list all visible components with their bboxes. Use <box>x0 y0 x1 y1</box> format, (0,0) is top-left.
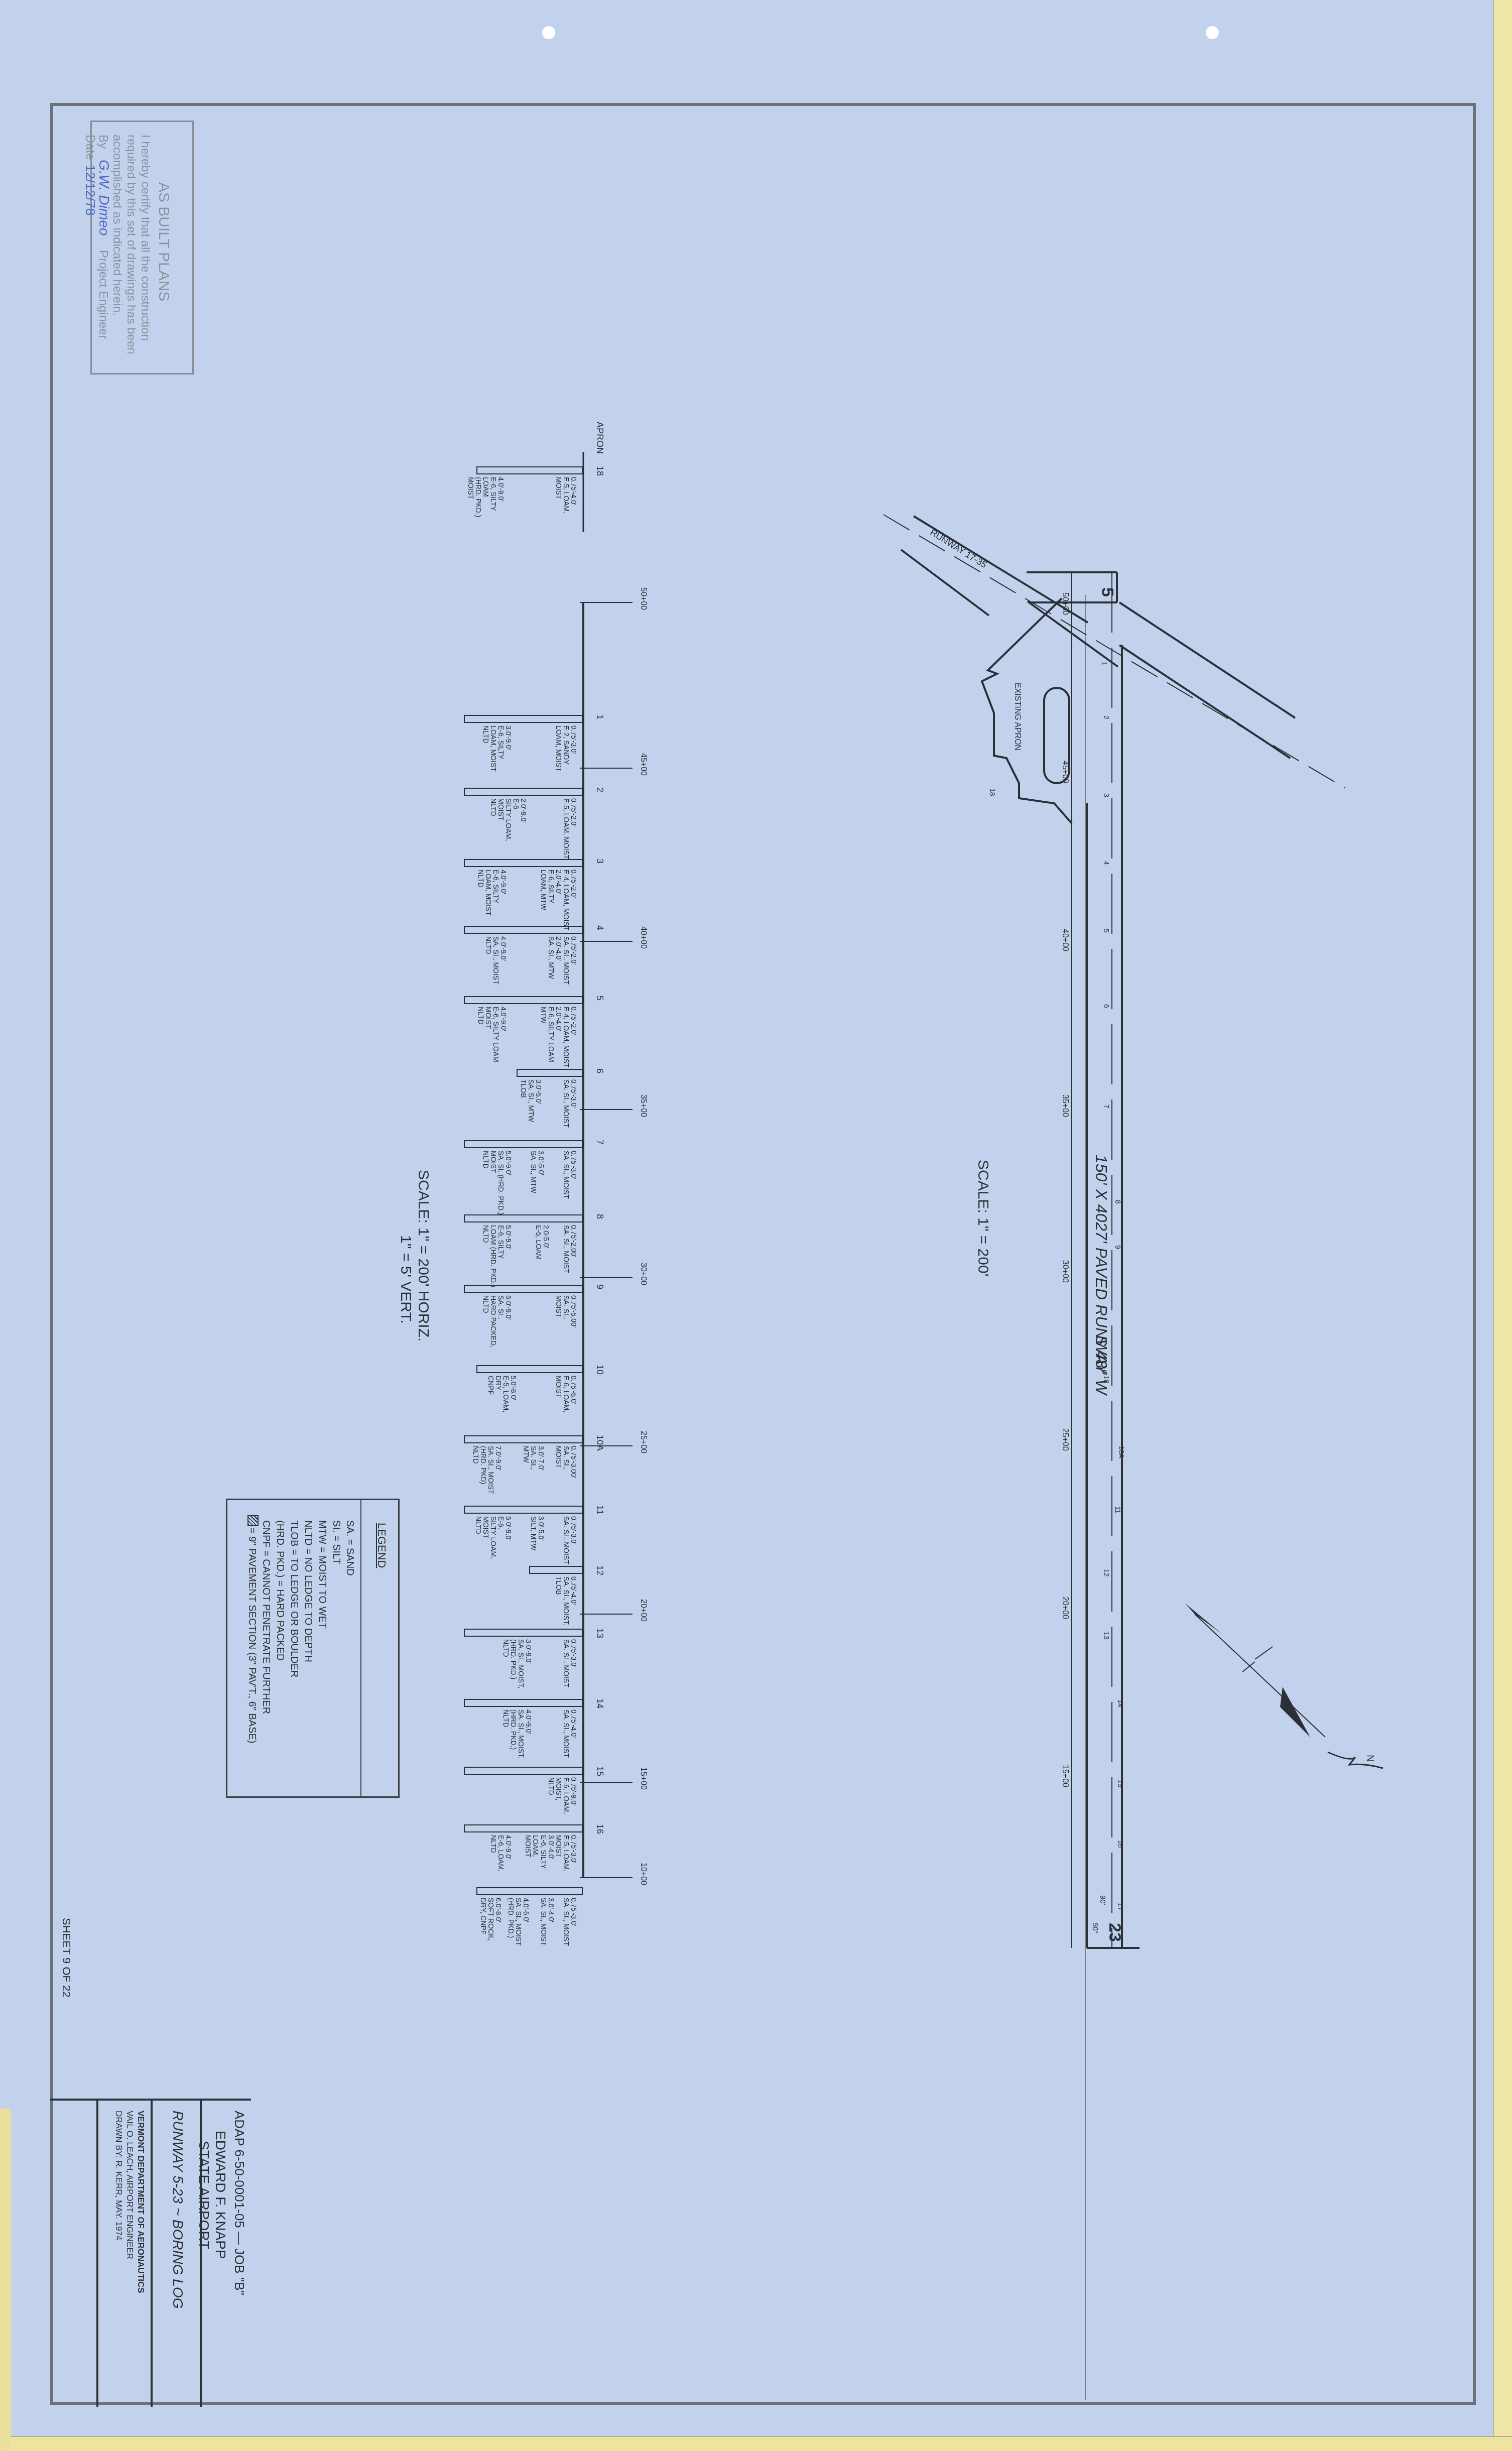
drawing-sheet: AS BUILT PLANS I hereby certify that all… <box>0 0 1512 2451</box>
boring-layer-text: 4.0'-6.0' SA. SI., MOIST (HRD. PKD.) <box>507 1898 530 1946</box>
boring-layer-text: 0.75'-2.0' E-5, LOAM, MOIST <box>562 798 577 859</box>
existing-apron-label: EXISTING APRON <box>1013 683 1022 751</box>
boring-layer-text: 5.0'-8.0' E-5, LOAM, DRY CNPF <box>487 1376 517 1412</box>
boring-layer-text: 4.0'-9.0' SA. SI., MOIST, (HRD. PKD.) NL… <box>502 1709 532 1759</box>
department-name: VERMONT DEPARTMENT OF AERONAUTICS <box>136 2111 146 2293</box>
boring-layer-text: 0.75'-4.0' E-5, LOAM, MOIST <box>555 477 577 514</box>
boring-layer-text: 0.75'-3.0' SA. SI., MOIST <box>562 1516 577 1564</box>
airport-engineer: VAIL O. LEACH, AIRPORT ENGINEER <box>124 2111 135 2259</box>
profile-station: 40+00 <box>639 926 648 949</box>
boring-layer-text: 3.0'-5.0' SA. SI., MTW TLOB <box>520 1079 542 1122</box>
plan-station: 20+00 <box>1060 1597 1069 1619</box>
apron-label: APRON <box>594 422 605 454</box>
plan-station: 15+00 <box>1060 1765 1069 1787</box>
boring-marker: 13 <box>1102 1632 1110 1640</box>
drawn-by: DRAWN BY: R. KERR, MAY. 1974 <box>113 2111 123 2241</box>
plan-station: 50+00 <box>1060 592 1069 615</box>
legend-item: TLOB = TO LEDGE OR BOULDER <box>288 1520 300 1677</box>
boring-marker: 17 <box>1116 1903 1124 1911</box>
boring-layer-text: 4.0'-9.0' E-6, SILTY LOAM, MOIST NLTD <box>477 870 507 916</box>
boring-marker: 15 <box>1116 1780 1124 1788</box>
title-block-divider <box>96 2101 98 2407</box>
legend-item: CNPF = CANNOT PENETRATE FURTHER <box>260 1520 272 1714</box>
boring-marker: 2 <box>1102 715 1110 719</box>
boring-layer-text: 3.0'-4.0' SA. SI., MOIST <box>540 1898 555 1946</box>
boring-id: 18 <box>594 466 605 476</box>
runway-end-23: 23 <box>1105 1923 1124 1942</box>
boring-layer-text: 0.75'-9.0' E-6, LOAM, MOIST, NLTD <box>547 1777 577 1814</box>
plan-station: 35+00 <box>1060 1094 1069 1117</box>
boring-layer-text: 0.75'-5.0' E-6, LOAM, MOIST <box>555 1376 577 1412</box>
boring-layer-text: 5.0'-9.0' E-6, SILTY LOAM (HRD. PKD.) NL… <box>482 1225 512 1287</box>
profile-scale: SCALE: 1" = 200' HORIZ. <box>415 1170 432 1341</box>
project-number: ADAP 6-50-0001-05 — JOB "B" <box>231 2111 247 2295</box>
boring-id: 11 <box>594 1505 605 1515</box>
title-block: ADAP 6-50-0001-05 — JOB "B" EDWARD F. KN… <box>50 2099 251 2407</box>
boring-layer-text: 4.0'-9.0' E-6, SILTY LOAM MOIST NLTD <box>477 1007 507 1062</box>
title-block-divider <box>151 2101 153 2407</box>
boring-layer-text: 0.75'-3.0' SA. SI., MOIST <box>562 1898 577 1946</box>
boring-layer-text: 3.0'-5.0' SA. SI., MTW <box>530 1151 545 1193</box>
boring-marker: 11 <box>1114 1506 1122 1514</box>
boring-layer-text: 0.75'-3.0' SA. SI., MOIST <box>562 1151 577 1199</box>
boring-layer-text: 0.75'-3.0' SA. SI., MOIST <box>562 1079 577 1128</box>
boring-id: 10A <box>594 1435 605 1451</box>
boring-layer-text: 3.0'-5.0' SILT, MTW <box>530 1516 545 1550</box>
boring-layer-text: 4.0'-9.0' E-6, SILTY LOAM (HRD. PKD.) MO… <box>466 477 505 517</box>
sheet-number: SHEET 9 OF 22 <box>60 1918 73 1998</box>
boring-layer-text: 0.75'-4.0' SA. SI., MOIST <box>562 1709 577 1758</box>
boring-layer-text: 5.0'-9.0' E-6, SILTY LOAM, MOIST NLTD <box>474 1516 512 1559</box>
boring-id: 10 <box>594 1365 605 1375</box>
plan-scale: SCALE: 1" = 200' <box>974 1160 991 1276</box>
profile-station: 35+00 <box>639 1094 648 1117</box>
boring-id: 7 <box>594 1140 605 1145</box>
boring-layer-text: 3.0'-7.0' SA. SI., MTW <box>522 1446 545 1470</box>
boring-marker: 8 <box>1114 1200 1122 1204</box>
runway-end-5: 5 <box>1097 587 1117 597</box>
boring-id: 4 <box>594 925 605 930</box>
boring-layer-text: 0.75'-4.0' SA. SI., MOIST, TLOB <box>555 1576 577 1626</box>
boring-layer-text: 0.75'-2.00' SA. SI., MOIST <box>562 1225 577 1273</box>
legend-box: LEGEND SA. = SAND SI. = SILT MTW = MOIST… <box>226 1499 400 1798</box>
plan-station: 40+00 <box>1060 929 1069 951</box>
boring-layer-text: 0.75'-3.0' SA. SI., MOIST <box>562 1639 577 1687</box>
profile-station: 25+00 <box>639 1431 648 1453</box>
boring-id: 14 <box>594 1698 605 1708</box>
dimension-offset: 90' <box>1098 1895 1107 1905</box>
boring-id: 13 <box>594 1628 605 1638</box>
boring-layer-text: 0.75'-3.0' E-2, SANDY LOAM, MOIST <box>555 725 577 772</box>
boring-id: 16 <box>594 1824 605 1834</box>
profile-station: 10+00 <box>639 1863 648 1885</box>
legend-item: SI. = SILT <box>330 1520 342 1564</box>
legend-item: NLTD = NO LEDGE TO DEPTH <box>302 1520 314 1662</box>
boring-marker: 16 <box>1116 1840 1124 1848</box>
drawing-linework <box>0 0 1512 2451</box>
boring-layer-text: 0.75'-2.0' E-4, LOAM, MOIST 2.0'-4.0' E-… <box>539 870 577 930</box>
plan-station: 45+00 <box>1060 761 1069 783</box>
boring-layer-text: 4.0'-9.0' E-6, LOAM, NLTD <box>489 1835 512 1872</box>
profile-station: 15+00 <box>639 1767 648 1790</box>
boring-layer-text: 5.0'-9.0' SA. SI., HARD PACKED, NLTD <box>482 1295 512 1347</box>
legend-title: LEGEND <box>375 1523 388 1568</box>
profile-station: 45+00 <box>639 753 648 776</box>
legend-item: SA. = SAND <box>344 1520 355 1576</box>
profile-scale-vertical: 1" = 5' VERT. <box>397 1235 414 1324</box>
boring-layer-text: 4.0'-9.0' SA. SI., MOIST NLTD <box>484 936 507 985</box>
boring-marker: 18 <box>988 788 996 796</box>
legend-item: MTW = MOIST TO WET <box>316 1520 328 1629</box>
boring-layer-text: 2.0-5.0' E-5, LOAM <box>535 1225 550 1260</box>
profile-station: 30+00 <box>639 1263 648 1285</box>
boring-id: 9 <box>594 1284 605 1289</box>
boring-id: 12 <box>594 1565 605 1575</box>
boring-id: 5 <box>594 996 605 1001</box>
profile-station: 20+00 <box>639 1599 648 1622</box>
legend-item: (HRD. PKD.) = HARD PACKED <box>274 1520 286 1661</box>
boring-marker: 6 <box>1102 1004 1110 1008</box>
boring-layer-text: 0.75'-3.00' SA. SI., MOIST <box>555 1446 577 1479</box>
boring-id: 8 <box>594 1214 605 1219</box>
boring-marker: 5 <box>1102 929 1110 933</box>
boring-marker: 12 <box>1102 1569 1110 1577</box>
boring-id: 3 <box>594 859 605 864</box>
runway-bearing: S 48° W <box>1092 1335 1110 1395</box>
boring-id: 2 <box>594 787 605 792</box>
plan-station: 25+00 <box>1060 1428 1069 1451</box>
boring-layer-text: 2.0'-9.0' E-6 SILTY LOAM, MOIST NLTD <box>489 798 527 841</box>
boring-id: 6 <box>594 1068 605 1073</box>
boring-layer-text: 6.0'-8.0' SOFT ROCK, DRY, CNPF <box>479 1898 502 1940</box>
boring-layer-text: 7.0'-9.0' SA. SI., MOIST (HRD. PKD) NLTD <box>472 1446 502 1494</box>
boring-id: 15 <box>594 1766 605 1776</box>
legend-item: = 9" PAVEMENT SECTION (3" PAV'T., 6" BAS… <box>246 1528 258 1744</box>
boring-layer-text: 0.75'-5.00' SA. SI., MOIST <box>555 1295 577 1328</box>
boring-layer-text: 0.75'-3.0' E-5, LOAM, MOIST 3.0'-4.0' E-… <box>524 1835 577 1872</box>
dimension-angle: 90° <box>1091 1923 1099 1933</box>
legend-divider <box>360 1500 361 1796</box>
drawing-title: RUNWAY 5-23 ~ BORING LOG <box>170 2111 186 2308</box>
boring-marker: 10 <box>1102 1376 1110 1384</box>
boring-layer-text: 3.0'-9.0' SA. SI., MOIST, (HRD. PKD.) NL… <box>502 1639 532 1688</box>
boring-marker: 7 <box>1102 1105 1110 1109</box>
boring-marker: 1 <box>1100 662 1108 666</box>
boring-layer-text: 0.75'-2.0' SA. SI., MOIST 2.0'-4.0' SA. … <box>547 936 577 985</box>
boring-layer-text: 0.75'-2.0' E-4, LOAM, MOIST 2.0'-4.0' E-… <box>539 1007 577 1067</box>
plan-station: 30+00 <box>1060 1260 1069 1283</box>
boring-layer-text: 5.0'-9.0' SA. SI. (HRD. PKD.) MOIST NLTD <box>482 1151 512 1215</box>
pavement-hatch-icon <box>247 1515 259 1526</box>
boring-marker: 10A <box>1117 1446 1125 1458</box>
boring-id: 1 <box>594 714 605 719</box>
boring-marker: 4 <box>1102 861 1110 865</box>
north-arrow-label: N <box>1364 1755 1375 1762</box>
boring-layer-text: 3.0'-9.0' E-6, SILTY LOAM, MOIST NLTD <box>482 725 512 772</box>
boring-marker: 9 <box>1114 1245 1122 1249</box>
boring-marker: 3 <box>1102 793 1110 797</box>
profile-station: 50+00 <box>639 587 648 610</box>
airport-name-line1: EDWARD F. KNAPP <box>212 2131 228 2259</box>
boring-marker: 14 <box>1116 1699 1124 1707</box>
airport-name-line2: STATE AIRPORT <box>196 2141 212 2249</box>
